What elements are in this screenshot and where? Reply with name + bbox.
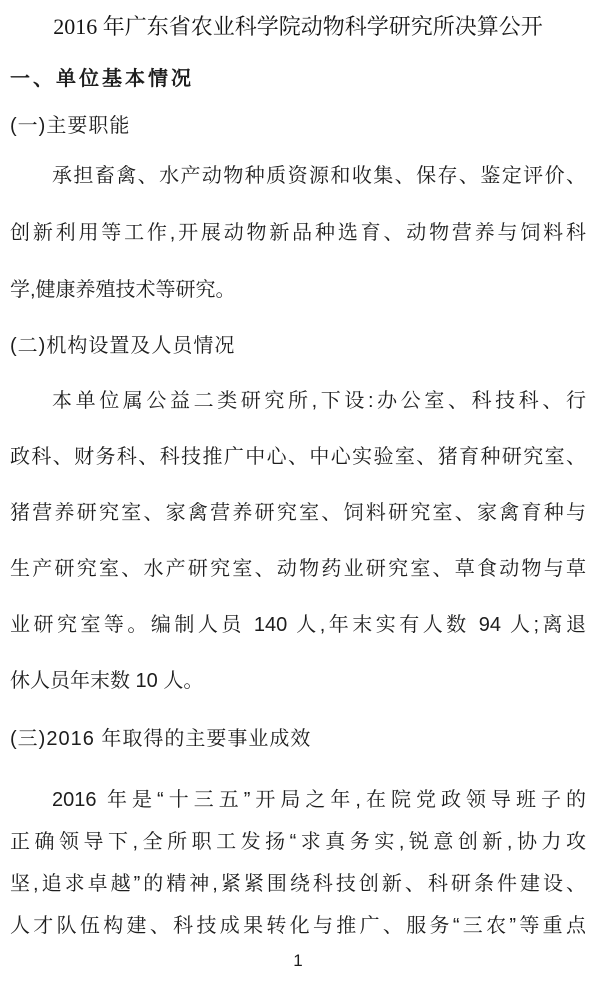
paragraph-line: 业研究室等。编制人员 140 人,年末实有人数 94 人;离退 — [10, 597, 586, 653]
document-title: 2016 年广东省农业科学院动物科学研究所决算公开 — [10, 0, 586, 54]
paragraph-line: 政科、财务科、科技推广中心、中心实验室、猪育种研究室、 — [10, 429, 586, 485]
paragraph-main-functions: 承担畜禽、水产动物种质资源和收集、保存、鉴定评价、 创新利用等工作,开展动物新品… — [10, 148, 586, 319]
subsection-heading-2016-achievements: (三)2016 年取得的主要事业成效 — [10, 709, 586, 769]
section-heading-basic-info: 一、单位基本情况 — [10, 54, 586, 104]
paragraph-line: 人才队伍构建、科技成果转化与推广、服务“三农”等重点 — [10, 905, 586, 947]
subsection-heading-main-functions: (一)主要职能 — [10, 104, 586, 148]
paragraph-line: 本单位属公益二类研究所,下设:办公室、科技科、行 — [10, 373, 586, 429]
paragraph-line: 正确领导下,全所职工发扬“求真务实,锐意创新,协力攻 — [10, 821, 586, 863]
paragraph-line: 承担畜禽、水产动物种质资源和收集、保存、鉴定评价、 — [10, 148, 586, 205]
paragraph-line: 生产研究室、水产研究室、动物药业研究室、草食动物与草 — [10, 541, 586, 597]
paragraph-line: 猪营养研究室、家禽营养研究室、饲料研究室、家禽育种与 — [10, 485, 586, 541]
paragraph-line: 休人员年末数 10 人。 — [10, 653, 586, 709]
paragraph-2016-achievements: 2016 年是“十三五”开局之年,在院党政领导班子的 正确领导下,全所职工发扬“… — [10, 779, 586, 947]
paragraph-line: 创新利用等工作,开展动物新品种选育、动物营养与饲料科 — [10, 205, 586, 262]
subsection-heading-organization-staff: (二)机构设置及人员情况 — [10, 319, 586, 373]
paragraph-line: 坚,追求卓越”的精神,紧紧围绕科技创新、科研条件建设、 — [10, 863, 586, 905]
paragraph-line: 学,健康养殖技术等研究。 — [10, 262, 586, 319]
paragraph-organization-staff: 本单位属公益二类研究所,下设:办公室、科技科、行 政科、财务科、科技推广中心、中… — [10, 373, 586, 709]
page-number: 1 — [10, 947, 586, 975]
paragraph-line: 2016 年是“十三五”开局之年,在院党政领导班子的 — [10, 779, 586, 821]
document-page: 2016 年广东省农业科学院动物科学研究所决算公开 一、单位基本情况 (一)主要… — [0, 0, 600, 989]
